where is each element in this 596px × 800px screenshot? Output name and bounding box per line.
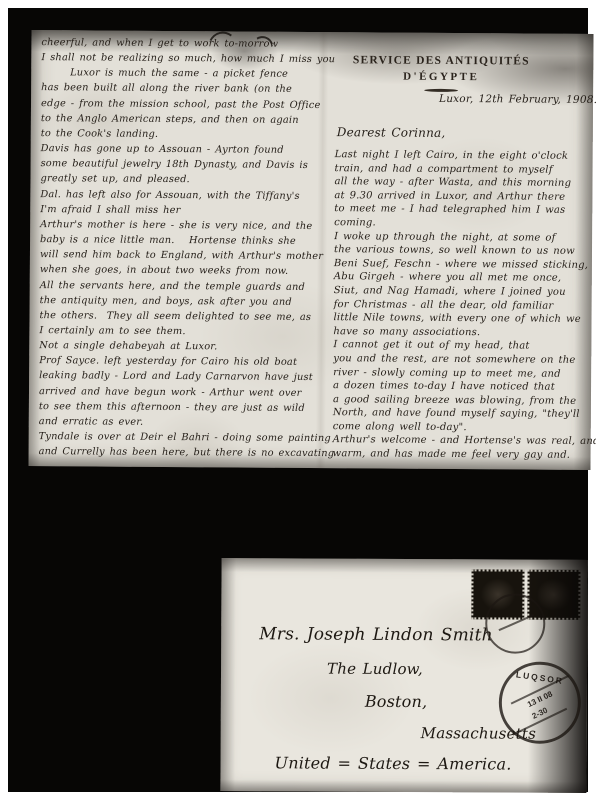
handwritten-line: United = States = America.: [274, 753, 511, 773]
handwritten-line: the antiquity men, and boys, ask after y…: [40, 293, 316, 310]
scan-background: cheerful, and when I get to work to-morr…: [8, 8, 588, 792]
letter-right-page: SERVICE DES ANTIQUITÉS D'ÉGYPTE Luxor, 1…: [318, 32, 591, 470]
handwritten-line: I'm afraid I shall miss her: [40, 202, 316, 219]
handwritten-line: a dozen times to-day I have noticed that: [333, 379, 589, 394]
salutation: Dearest Corinna,: [337, 125, 446, 140]
handwritten-line: Dal. has left also for Assouan, with the…: [40, 187, 316, 204]
handwritten-line: greatly set up, and pleased.: [40, 172, 316, 189]
letterhead-line2: D'ÉGYPTE: [331, 70, 551, 84]
date-line: Luxor, 12th February, 1908.: [439, 93, 596, 106]
handwritten-line: when she goes, in about two weeks from n…: [40, 262, 316, 279]
handwritten-line: little Nile towns, with every one of whi…: [333, 311, 589, 326]
handwritten-line: Last night I left Cairo, in the eight o'…: [335, 148, 591, 163]
handwritten-line: All the servants here, and the temple gu…: [40, 278, 316, 295]
letterhead: SERVICE DES ANTIQUITÉS D'ÉGYPTE: [331, 54, 551, 93]
handwritten-line: Siut, and Nag Hamadi, where I joined you: [334, 284, 590, 299]
scanned-document-photo: { "colors":{ "frame":"#ffffff", "backgro…: [0, 0, 596, 800]
handwritten-line: the various towns, so well known to us n…: [334, 243, 590, 258]
postmark-circle-icon: LUQSOR 13 II 08 2-30: [499, 661, 581, 743]
handwritten-line: Mrs. Joseph Lindon Smith: [259, 624, 493, 645]
handwritten-line: coming.: [334, 216, 590, 231]
handwritten-line: leaking badly - Lord and Lady Carnarvon …: [39, 369, 315, 386]
envelope: LUQSOR 13 II 08 2-30 Mrs. Joseph Lindon …: [220, 558, 587, 793]
handwritten-line: you and the rest, are not somewhere on t…: [333, 352, 589, 367]
letterhead-line1: SERVICE DES ANTIQUITÉS: [331, 54, 551, 68]
letter-sheet: cheerful, and when I get to work to-morr…: [28, 30, 593, 470]
letter-left-page: cheerful, and when I get to work to-morr…: [39, 35, 318, 461]
handwritten-line: The Ludlow,: [327, 660, 423, 679]
handwritten-line: has been built all along the river bank …: [41, 81, 317, 98]
handwritten-line: warm, and has made me feel very gay and.: [333, 447, 589, 462]
handwritten-line: Boston,: [365, 692, 428, 711]
letterhead-rule: [424, 89, 458, 92]
handwritten-line: and Currelly has been here, but there is…: [39, 444, 315, 461]
handwritten-line: to see them this afternoon - they are ju…: [39, 399, 315, 416]
letter-body: Last night I left Cairo, in the eight o'…: [333, 148, 591, 462]
handwritten-line: arrived and have begun work - Arthur wen…: [39, 384, 315, 401]
handwritten-line: edge - from the mission school, past the…: [41, 96, 317, 113]
